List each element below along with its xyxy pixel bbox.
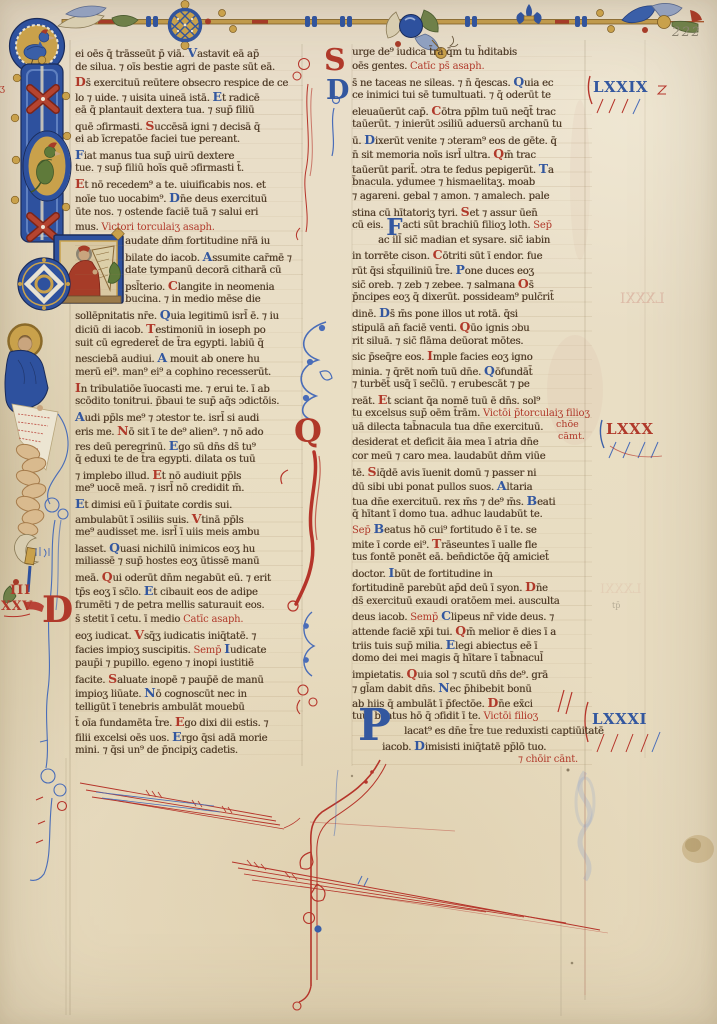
manuscript-text-line: q̄ hītant ī domo tua. adhuc laudabūt te. [352,508,592,522]
manuscript-text-line: t̄ oīa fundamēta t̄re. Ego dixi dii esti… [75,715,303,730]
manuscript-text-line: facite. Saluate inopē ⁊ paup̄ē de manū [75,672,303,687]
manuscript-text-line: meā. Qui oderūt dn̄m negabūt eū. ⁊ erit [75,570,303,585]
manuscript-text-line: impioʒ liūate. Nō cognoscūt nec in [75,686,303,701]
manuscript-text-line: dinē. Ds̄ m̄s pone illos ut rotā. q̄si [352,306,592,320]
manuscript-text-line: diciū di iacob. Testimoniū in ioseph po [75,322,303,337]
manuscript-text-line: bilate do iacob. Assumite car̄mē ⁊ [125,250,303,265]
showthrough-psalm-number: LXXXI [620,291,665,307]
showthrough-psalm-number-lower: LXXXI [600,582,642,597]
manuscript-text-line: urge de⁹ iudica t̄rā q̄m tu h̄ditabis [352,46,592,60]
manuscript-text-line: tue. ⁊ sup̄ filiū hoīs quē ɔfirmasti t̄. [75,162,303,177]
manuscript-text-line: bucina. ⁊ in medio mēse die [125,293,303,308]
numeral-flourish [4,614,30,617]
psalm-number-80: LXXX [606,420,653,438]
manuscript-text-line: cū eis. Facti sūt brachiū filioʒ loth. S… [352,219,592,233]
manuscript-text-line: In tribulatiōe īuocasti me. ⁊ erui te. ī… [75,381,303,396]
initial-quam-dilecta: Q [294,415,322,447]
manuscript-text-line: reāt. Et sciant q̄a nomē tuū ē dn̄s. sol… [352,393,592,407]
manuscript-text-line: sic̄ oreb. ⁊ zeb ⁊ zebee. ⁊ salmana Os̄ [352,277,592,291]
manuscript-text-line: ei oēs q̄ trāsseūt p̄ viā. Vastavit eā a… [75,46,303,61]
manuscript-text-line: lasset. Quasi nichilū inimicos eoʒ hu [75,541,303,556]
manuscript-text-line: stipulā an̄ faciē venti. Qūo ignis ɔbu [352,320,592,334]
manuscript-text-line: ūte nos. ⁊ ostende faciē tuā ⁊ salui eri [75,206,303,221]
manuscript-text-line: tē. Siq̄dē avis īuenit domū ⁊ passer ni [352,465,592,479]
folio-number: 222 [672,25,701,40]
manuscript-text-line: ⁊ chōir cānt. [352,753,592,767]
interlace-knot-roundel [18,258,70,310]
twisted-column-terminal [4,442,48,603]
manuscript-text-line: p̄ncipes eoʒ q̄ dixerūt. possideam⁹ pulc… [352,291,592,305]
manuscript-text-line: mite ī corde ei⁹. Trāseuntes ī ualle fle [352,537,592,551]
manuscript-text-line: doctor. Ibūt de fortitudine in [352,566,592,580]
manuscript-text-line: iacob. Dimisisti iniq̄tatē pp̄lō tuo. [382,739,592,753]
manuscript-text-line: b̄nacula. ydumee ⁊ hismaelitaʒ. moab [352,176,592,190]
manuscript-text-line: Fiat manus tua sup̄ uirū dextere [75,148,303,163]
manuscript-text-line: tp̄s eoʒ ī sc̄lo. Et cibauit eos de adip… [75,584,303,599]
manuscript-text-line: domo dei mei magis q̄ hītare ī tab̄nacul… [352,652,592,666]
faint-margin-note: tp̄ [612,601,620,610]
manuscript-text-line: tus fontē ponēt eā. ben̄dictōe q̄q̄ amic… [352,551,592,565]
manuscript-text-line: lacat⁹ es dn̄e t̄re tue reduxisti captiū… [404,725,592,739]
psalm-number-79: LXXIX [593,78,648,96]
blue-dot [314,925,321,932]
manuscript-text-line: attende faciē xp̄i tui. Qm̄ melior ē die… [352,624,592,638]
manuscript-text-line: scōdito tonitrui. p̄baui te sup̄ aq̄s ɔd… [75,395,303,410]
left-psalm-numeral-lower: XXV [1,599,33,614]
manuscript-text-line: dū sibi ubi ponat pullos suos. Altaria [352,479,592,493]
manuscript-text-line: in torrēte cison. Cōtriti sūt ī endor. f… [352,248,592,262]
manuscript-text-line: sollēpnitatis nr̄e. Quia legitimū isrl̄ … [75,308,303,323]
parrot-medallion [23,131,71,201]
manuscript-text-line: suit cū egrederet̄ de t̄ra egypti. labiū… [75,337,303,352]
initial-placatus: P [358,704,391,748]
manuscript-text-line: ⁊ turbēt̄ usq̄ ī sec̄lū. ⁊ erubescāt ⁊ p… [352,378,592,392]
manuscript-text-line: nesciebā audiui. A mouit ab onere hu [75,351,303,366]
psalm-number-81: LXXXI [592,710,647,728]
manuscript-text-line: taūerūt. ⁊ inierūt ɔsiliū aduersū archan… [352,118,592,132]
manuscript-text-line: ds̄ exercituū exaudi oratōem mei. auscul… [352,595,592,609]
manuscript-text-line: eā q̄ plantauit dextera tua. ⁊ sup̄ fili… [75,104,303,119]
feather-spray-upper [80,783,455,831]
manuscript-text-line: telligūt ī tenebris ambulāt mouebū [75,701,303,716]
manuscript-text-line: date tympanū decorā citharā cū [125,264,303,279]
manuscript-text-line: Et nō recedem⁹ a te. uiuificabis nos. et [75,177,303,192]
manuscript-text-line: s̄ stetit ī cetu. ī medio Catīc asaph. [75,613,303,628]
manuscript-text-line: tua dn̄e exercituū. rex m̄s ⁊ de⁹ m̄s. B… [352,494,592,508]
manuscript-text-line: filii excelsi oēs uos. Ergo q̄si adā mor… [75,730,303,745]
manuscript-text-line: desiderat et deficit āia mea ī atria dn̄… [352,436,592,450]
manuscript-text-line: ambulabūt ī ɔsiliis suis. Vtinā pp̄ls [75,512,303,527]
manuscript-text-line: impietatis. Quia sol ⁊ scutū dn̄s de⁹. g… [352,667,592,681]
manuscript-text-line: lo ⁊ uide. ⁊ uisita uineā istā. Et radic… [75,90,303,105]
text-column-left: ei oēs q̄ trāsseūt p̄ viā. Vastavit eā a… [75,46,303,759]
manuscript-text-line: cor meū ⁊ caro mea. laudabūt dn̄m viūe [352,450,592,464]
manuscript-text-line: taūerūt parit̄. ɔtra te fedus pepigerūt.… [352,162,592,176]
manuscript-text-line: me⁹ audisset me. isrl̄ ī uiis meis ambu [75,526,303,541]
crosshatch-roundel [170,1,201,50]
text-column-right: urge de⁹ iudica t̄rā q̄m tu h̄ditabisoēs… [352,46,592,768]
initial-deus-stetit: D [42,592,73,628]
manuscript-text-line: ce inimici tui sē tumultuati. ⁊ q̄ oderū… [352,89,592,103]
manuscript-text-line: eoʒ iudicat. Vsq̄ʒ iudicatis iniq̄tatē. … [75,628,303,643]
initial-deus-ne-taceas: D [326,77,349,104]
rubric-note-core: chōe [556,419,579,430]
manuscript-text-line: paup̄i ⁊ pupillo. egeno ⁊ inopi iustitiē [75,657,303,672]
manuscript-text-line: Ds̄ exercituū reūtere obsecro respice de… [75,75,303,90]
manuscript-text-line: rit siluā. ⁊ sic̄ flāma deūorat mōtes. [352,335,592,349]
manuscript-text-line: noīe tuo uocabim⁹. Dn̄e deus exercituū [75,191,303,206]
manuscript-text-line: ⁊ implebo illud. Et nō audiuit pp̄ls [75,468,303,483]
manuscript-text-line: me⁹ uocē meā. ⁊ isrl̄ nō credidit m̄. [75,482,303,497]
manuscript-text-line: ⁊ agareni. gebal ⁊ amon. ⁊ amalech. pale [352,190,592,204]
rubric-note-cant: cāmt. [558,431,585,442]
illuminated-manuscript-page: { "page": { "folio_number": "222", "desc… [0,0,717,1024]
manuscript-text-line: deus iacob. Semp̄ Clipeus nr̄ vide deus.… [352,609,592,623]
manuscript-text-line: oēs gentes. Catīc ps̄ asaph. [352,60,592,74]
manuscript-text-line: mini. ⁊ q̄si un⁹ de p̄ncipiʒ cadetis. [75,744,303,759]
manuscript-text-line: Sep̄ Beatus hō cui⁹ fortitudo ē ī te. se [352,522,592,536]
left-psalm-numeral-upper: III [10,583,31,598]
manuscript-text-line: s̄ ne taceas ne sileas. ⁊ n̄ q̄escas. Qu… [352,75,592,89]
manuscript-text-line: triis tuis sup̄ milia. Elegi abiectus eē… [352,638,592,652]
manuscript-text-line: facies impioʒ suscipitis. Semp̄ Iudicate [75,642,303,657]
manuscript-text-line: n̄ sit memoria noīs isrl̄ ultra. Qm̄ tra… [352,147,592,161]
manuscript-text-line: mus. Victori torculaiʒ asaph. [75,221,303,236]
left-edge-mark-top: ıʒ [0,84,5,94]
manuscript-text-line: miliassē ⁊ sup̄ hostes eoʒ ūtissē manū [75,555,303,570]
manuscript-text-line: ⁊ gl̄am dabit dn̄s. Nec p̄hibebit bonū [352,681,592,695]
manuscript-text-line: sic p̄seq̄re eos. Imple facies eoʒ igno [352,349,592,363]
manuscript-text-line: ū. Dixerūt venite ⁊ ɔteram⁹ eos de gēte.… [352,133,592,147]
red-disc [205,19,211,25]
manuscript-text-line: eleuaūerūt cap̄. Cōtra pp̄lm tuū neq̄t̄ … [352,104,592,118]
bottom-penwork-flourishes [80,760,608,1010]
manuscript-text-line: ei ab īcrepatōe faciei tue pereant. [75,133,303,148]
manuscript-text-line: minia. ⁊ q̄rēt nom̄ tuū dn̄e. Qōfundāt̄ [352,364,592,378]
manuscript-text-line: eris me. Nō sit ī te de⁹ alien⁹. ⁊ nō ad… [75,424,303,439]
leaf-hook [112,15,138,26]
initial-surge: S [324,46,346,76]
manuscript-text-line: Audi pp̄ls me⁹ ⁊ ɔtestor te. isrl̄ si au… [75,410,303,425]
manuscript-text-line: merū ei⁹. man⁹ ei⁹ a cophino recesserūt. [75,366,303,381]
manuscript-text-line: Et dimisi eū ī p̄uitate cordis sui. [75,497,303,512]
manuscript-text-line: rūt q̄si st̄quiliniū t̄re. Pone duces eo… [352,263,592,277]
manuscript-text-line: frumēti ⁊ de petra mellis saturauit eos. [75,599,303,614]
manuscript-text-line: ac ill̄ sic̄ madian et sysare. sic̄ iabi… [378,234,592,248]
manuscript-text-line: res deū peregrinū. Ego sū dn̄s ds̄ tu⁹ [75,439,303,454]
manuscript-text-line: audate dn̄m fortitudine nr̄ā iu [125,235,303,250]
manuscript-text-line: quē ɔfirmasti. Succēsā igni ⁊ decisā q̄ [75,119,303,134]
manuscript-text-line: fortitudinē parebūt ap̄d deū ī syon. Dn̄… [352,580,592,594]
manuscript-text-line: q̄ eduxi te de t̄ra egypti. dilata os tu… [75,453,303,468]
manuscript-text-line: de silua. ⁊ oīs bestie agri de paste sūt… [75,61,303,76]
feather-spray-lower [232,860,608,933]
manuscript-text-line: psl̄terio. Clangite in neomenia [125,279,303,294]
